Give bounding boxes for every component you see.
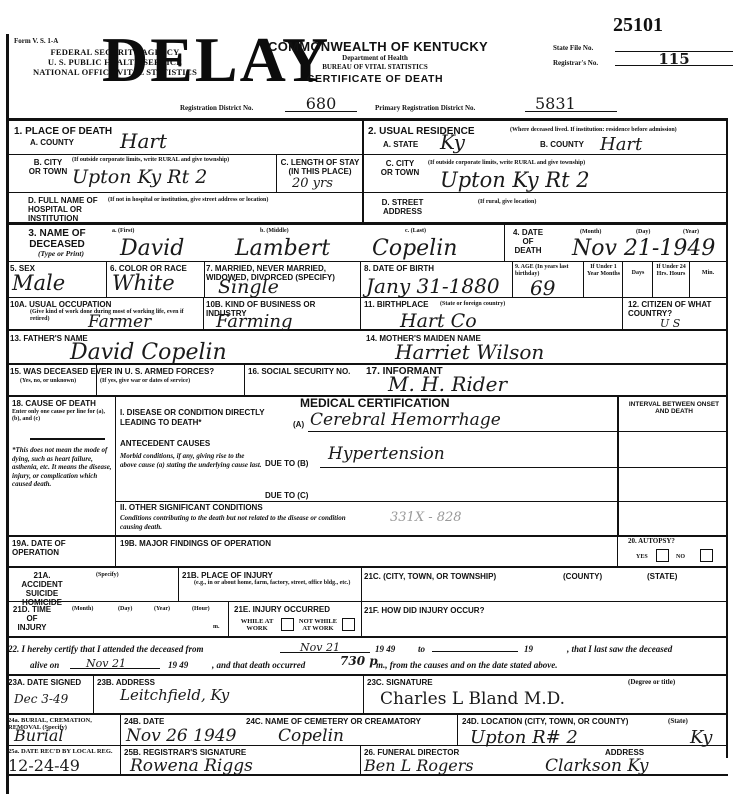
last-name-value[interactable]: Copelin — [372, 236, 457, 261]
form-id: Form V. S. 1-A — [14, 37, 58, 46]
street-address-note: (If rural, give location) — [478, 199, 536, 206]
residence-city-note: (If outside corporate limits, write RURA… — [428, 160, 718, 167]
divider — [6, 566, 728, 568]
first-name-value[interactable]: David — [120, 236, 184, 261]
date-signed-value[interactable]: Dec 3-49 — [14, 692, 68, 706]
divider — [617, 397, 619, 535]
director-address-value[interactable]: Clarkson Ky — [545, 756, 649, 776]
due-to-c-label: DUE TO (c) — [265, 491, 308, 500]
date-received-label: 25a. DATE REC'D BY LOCAL REG. — [8, 748, 118, 755]
middle-name-label: b. (Middle) — [260, 228, 289, 235]
burial-value[interactable]: Burial — [14, 726, 63, 745]
dod-month-label: (Month) — [580, 229, 601, 236]
time-day-label: (Day) — [118, 606, 132, 613]
cemetery-value[interactable]: Copelin — [278, 726, 344, 746]
informant-value[interactable]: M. H. Rider — [388, 372, 507, 396]
divider — [652, 262, 653, 297]
residence-state-value[interactable]: Ky — [440, 130, 465, 154]
year-1: 19 49 — [375, 645, 395, 654]
time-m-label: m. — [213, 624, 220, 631]
registrar-number-label: Registrar's No. — [553, 59, 598, 68]
state-file-label: State File No. — [553, 44, 593, 53]
divider — [244, 365, 245, 395]
date-signed-label: 23a. DATE SIGNED — [8, 678, 81, 687]
how-injury-label: 21f. HOW DID INJURY OCCUR? — [364, 606, 484, 615]
primary-reg-label: Primary Registration District No. — [375, 104, 475, 113]
dod-year-label: (Year) — [683, 229, 699, 236]
divider — [93, 676, 94, 714]
cause-of-death-label: 18. CAUSE OF DEATH — [12, 399, 96, 408]
certify-text-2: , that I last saw the deceased — [567, 645, 672, 654]
divider — [504, 225, 505, 261]
cemetery-label: 24c. NAME OF CEMETERY OR CREAMATORY — [246, 717, 421, 726]
antecedent-note: Morbid conditions, if any, giving rise t… — [120, 452, 262, 469]
last-name-label: c. (Last) — [405, 228, 426, 235]
attended-to-field[interactable] — [432, 640, 518, 652]
certificate-title: CERTIFICATE OF DEATH — [280, 73, 470, 85]
divider — [8, 261, 726, 262]
interval-label: INTERVAL BETWEEN ONSET AND DEATH — [622, 401, 726, 415]
armed-forces-note-1: (Yes, no, or unknown) — [20, 378, 76, 385]
year-3: 19 49 — [168, 661, 188, 670]
dob-value[interactable]: Jany 31-1880 — [366, 274, 500, 298]
registrar-number-field[interactable]: 115 — [615, 50, 733, 66]
death-city-label: b. CITY OR TOWN — [28, 158, 68, 176]
funeral-director-value[interactable]: Ben L Rogers — [364, 756, 474, 775]
divider — [363, 676, 364, 714]
burial-location-value[interactable]: Upton R# 2 — [470, 727, 578, 748]
divider — [203, 298, 204, 329]
name-note: (Type or Print) — [38, 250, 84, 259]
injury-occurred-label: 21e. INJURY OCCURRED — [234, 605, 330, 614]
residence-note: (Where deceased lived. If institution: r… — [510, 127, 725, 134]
certify-text-1: 22. I hereby certify that I attended the… — [8, 645, 203, 654]
marital-value[interactable]: Single — [218, 276, 279, 298]
residence-city-label: c. CITY OR TOWN — [380, 159, 420, 177]
burial-date-label: 24b. DATE — [124, 717, 164, 726]
signature-label: 23c. SIGNATURE — [367, 678, 433, 687]
date-of-death-value[interactable]: Nov 21-1949 — [572, 236, 715, 261]
race-value[interactable]: White — [112, 271, 175, 295]
primary-reg-field[interactable]: 5831 — [525, 94, 617, 112]
divider — [8, 154, 362, 155]
first-name-label: a. (First) — [112, 228, 134, 235]
residence-county-label: b. COUNTY — [540, 140, 584, 149]
divider — [622, 262, 623, 297]
divider — [178, 568, 179, 601]
burial-state-label: (State) — [668, 718, 688, 725]
divider — [115, 397, 116, 535]
death-county-value[interactable]: Hart — [120, 129, 167, 153]
divider — [583, 262, 584, 297]
other-conditions-note: Conditions contributing to the death but… — [120, 514, 350, 531]
medical-cert-title: MEDICAL CERTIFICATION — [300, 398, 450, 409]
age-value[interactable]: 69 — [530, 276, 555, 300]
citizen-label: 12. CITIZEN OF WHAT COUNTRY? — [628, 300, 724, 318]
armed-forces-label: 15. WAS DECEASED EVER IN U. S. ARMED FOR… — [10, 367, 240, 376]
occupation-label: 10a. USUAL OCCUPATION — [10, 300, 111, 309]
ssn-label: 16. SOCIAL SECURITY NO. — [248, 367, 358, 376]
divider — [6, 674, 728, 676]
divider — [689, 262, 690, 297]
state-title: COMMONWEALTH OF KENTUCKY — [268, 39, 488, 54]
sex-value[interactable]: Male — [12, 271, 65, 295]
date-received-value[interactable]: 12-24-49 — [8, 756, 80, 775]
attended-from-field[interactable]: Nov 21 — [280, 638, 370, 653]
divider — [228, 602, 229, 636]
a-marker: (a) — [293, 420, 304, 429]
degree-label: (Degree or title) — [628, 679, 675, 686]
certify-text-3: , and that death occurred — [212, 661, 305, 670]
divider — [362, 121, 364, 222]
birthplace-value[interactable]: Hart Co — [400, 310, 477, 332]
residence-city-value[interactable]: Upton Ky Rt 2 — [440, 168, 590, 192]
divider — [106, 262, 107, 297]
divider — [619, 431, 726, 432]
citizen-value[interactable]: U S — [660, 317, 680, 330]
divider — [6, 118, 728, 121]
time-hour-label: (Hour) — [192, 606, 210, 613]
hospital-note: (If not in hospital or institution, give… — [108, 197, 358, 204]
other-conditions-label: II. OTHER SIGNIFICANT CONDITIONS — [120, 503, 263, 512]
alive-on-label: alive on — [30, 661, 59, 670]
cause-a-field[interactable]: Cerebral Hemorrhage — [308, 410, 617, 432]
hospital-label: d. FULL NAME OF HOSPITAL OR INSTITUTION — [28, 196, 103, 223]
divider — [512, 262, 513, 297]
certify-text-4: m., from the causes and on the date stat… — [376, 661, 558, 670]
stay-label: c. LENGTH OF STAY (in this place) — [280, 158, 360, 176]
not-at-work-checkbox[interactable] — [342, 618, 355, 631]
residence-county-value[interactable]: Hart — [600, 134, 642, 155]
other-conditions-value[interactable]: 331X - 828 — [390, 510, 462, 525]
divider — [8, 601, 726, 602]
antecedent-label: ANTECEDENT CAUSES — [120, 439, 210, 448]
injury-state-label: (STATE) — [647, 572, 677, 581]
accident-label: 21a. ACCIDENT SUICIDE HOMICIDE — [12, 571, 72, 607]
divider — [6, 713, 728, 715]
department: Department of Health — [290, 54, 460, 62]
occupation-value[interactable]: Farmer — [88, 312, 151, 332]
burial-location-label: 24d. LOCATION (City, town, or county) — [462, 717, 628, 726]
bureau: BUREAU OF VITAL STATISTICS — [290, 63, 460, 71]
father-name-value[interactable]: David Copelin — [70, 340, 227, 365]
death-city-value[interactable]: Upton Ky Rt 2 — [72, 166, 207, 188]
divider — [276, 155, 277, 192]
injury-county-label: (COUNTY) — [563, 572, 602, 581]
time-of-injury-label: 21d. TIME OF INJURY — [12, 605, 52, 632]
birthplace-note: (State or foreign country) — [440, 301, 505, 308]
age-days-label: Days — [624, 270, 652, 277]
age-months-label: If Under 1 Year Months — [586, 264, 621, 278]
autopsy-no-label: NO — [676, 554, 685, 561]
reg-district-label: Registration District No. — [180, 104, 253, 113]
cause-of-death-note: Enter only one cause per line for (a), (… — [12, 409, 112, 423]
divider — [204, 262, 205, 297]
divider — [457, 715, 458, 745]
while-at-work-checkbox[interactable] — [281, 618, 294, 631]
name-label: 3. NAME OF DECEASED — [12, 228, 102, 250]
disease-label: I. DISEASE OR CONDITION DIRECTLY LEADING… — [120, 408, 300, 428]
dod-day-label: (Day) — [636, 229, 650, 236]
residence-state-label: a. STATE — [383, 140, 418, 149]
accident-specify: (Specify) — [96, 572, 119, 579]
mother-name-value[interactable]: Harriet Wilson — [395, 340, 544, 364]
divider — [360, 746, 361, 775]
death-city-note: (If outside corporate limits, write RURA… — [72, 157, 272, 164]
file-number-stamp: 25101 — [613, 14, 663, 37]
registrar-signature-value[interactable]: Rowena Riggs — [130, 756, 253, 776]
divider — [617, 537, 618, 567]
divider — [361, 568, 362, 636]
divider — [622, 298, 623, 329]
time-year-label: (Year) — [154, 606, 170, 613]
to-label: to — [418, 645, 425, 654]
armed-forces-note-2: (If yes, give war or dates of service) — [100, 378, 190, 385]
operation-findings-label: 19b. MAJOR FINDINGS OF OPERATION — [120, 539, 271, 548]
age-hours-label: If Under 24 Hrs. Hours — [654, 264, 688, 278]
divider — [6, 222, 728, 225]
autopsy-yes-label: YES — [636, 554, 648, 561]
stay-value[interactable]: 20 yrs — [292, 176, 333, 191]
signature-value[interactable]: Charles L Bland M.D. — [380, 689, 565, 709]
operation-date-label: 19a. DATE OF OPERATION — [12, 539, 112, 557]
cause-footnote: *This does not mean the mode of dying, s… — [12, 446, 112, 489]
autopsy-label: 20. AUTOPSY? — [628, 538, 675, 545]
place-of-injury-label: 21b. PLACE OF INJURY — [182, 571, 273, 580]
burial-date-value[interactable]: Nov 26 1949 — [126, 726, 236, 746]
place-of-death-title: 1. PLACE OF DEATH — [14, 126, 112, 137]
birthplace-label: 11. BIRTHPLACE — [364, 300, 428, 309]
while-at-work-label: WHILE AT WORK — [237, 618, 277, 632]
burial-state-value[interactable]: Ky — [690, 727, 712, 748]
alive-on-field[interactable]: Nov 21 — [70, 654, 160, 669]
middle-name-value[interactable]: Lambert — [235, 236, 330, 261]
death-time-value[interactable]: 730 p — [340, 654, 378, 668]
year-2: 19 — [524, 645, 533, 654]
autopsy-no-checkbox[interactable] — [700, 549, 713, 562]
age-min-label: Min. — [691, 270, 725, 277]
address-value[interactable]: Leitchfield, Ky — [120, 686, 229, 704]
time-month-label: (Month) — [72, 606, 93, 613]
divider — [364, 154, 726, 155]
date-of-death-label: 4. DATE OF DEATH — [508, 228, 548, 255]
dob-label: 8. DATE OF BIRTH — [364, 264, 434, 273]
death-county-label: a. COUNTY — [30, 138, 74, 147]
business-value[interactable]: Farming — [216, 311, 293, 332]
place-of-injury-note: (e.g., in or about home, farm, factory, … — [194, 580, 359, 587]
divider — [115, 537, 116, 567]
autopsy-yes-checkbox[interactable] — [656, 549, 669, 562]
divider — [116, 501, 726, 502]
due-to-b-label: DUE TO (b) — [265, 459, 308, 468]
divider — [6, 745, 728, 746]
divider — [619, 467, 726, 468]
injury-city-label: 21c. (CITY, TOWN, OR TOWNSHIP) — [364, 572, 496, 581]
street-address-label: d. STREET ADDRESS — [380, 198, 425, 216]
reg-district-field[interactable]: 680 — [285, 94, 357, 112]
divider — [360, 262, 361, 329]
cause-b-field[interactable]: Hypertension — [320, 444, 617, 468]
divider — [8, 192, 362, 193]
divider — [30, 438, 105, 440]
divider — [364, 192, 726, 193]
not-at-work-label: NOT WHILE AT WORK — [296, 618, 340, 632]
divider — [726, 118, 728, 758]
